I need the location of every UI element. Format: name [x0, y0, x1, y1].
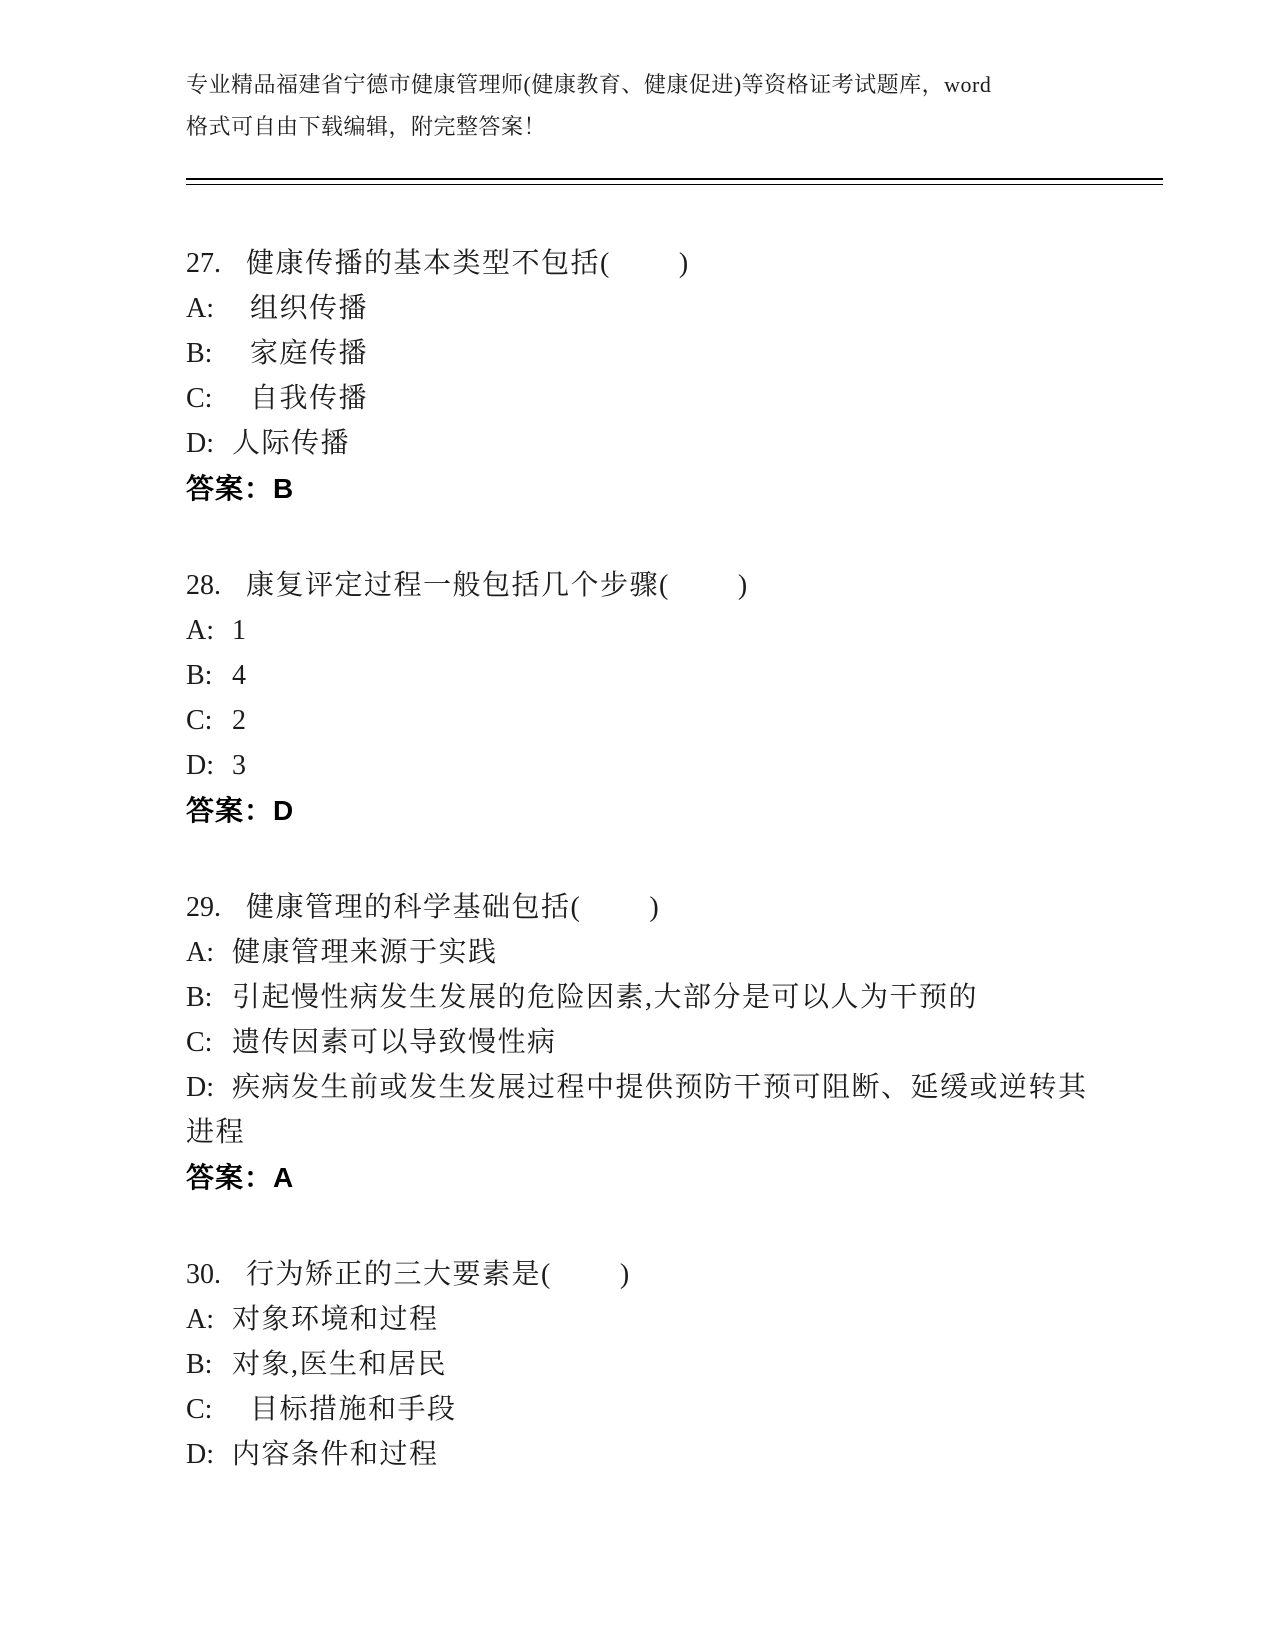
- option-text: 2: [232, 705, 248, 736]
- option-label: D:: [186, 743, 232, 788]
- option-text: 4: [232, 660, 248, 691]
- answer-line: 答案：D: [186, 788, 1163, 833]
- answer-value: A: [273, 1162, 294, 1193]
- question-stem: 健康传播的基本类型不包括( ): [246, 248, 690, 279]
- option-text: 3: [232, 750, 248, 781]
- answer-prefix: 答案：: [186, 473, 273, 504]
- question-27: 27.健康传播的基本类型不包括( ) A:组织传播 B:家庭传播 C:自我传播 …: [186, 241, 1163, 511]
- question-stem: 康复评定过程一般包括几个步骤( ): [246, 570, 749, 601]
- option-d: D:3: [186, 743, 1163, 788]
- document-header: 专业精品福建省宁德市健康管理师(健康教育、健康促进)等资格证考试题库，word …: [186, 64, 1163, 148]
- question-line: 30.行为矫正的三大要素是( ): [186, 1252, 1163, 1297]
- option-label: B:: [186, 975, 232, 1020]
- option-a: A:组织传播: [186, 286, 1163, 331]
- answer-line: 答案：B: [186, 466, 1163, 511]
- question-number: 29.: [186, 885, 246, 930]
- option-label: D:: [186, 421, 232, 466]
- option-text: 自我传播: [250, 383, 368, 414]
- option-c: C:2: [186, 698, 1163, 743]
- option-label: A:: [186, 1297, 232, 1342]
- option-label: B:: [186, 653, 232, 698]
- question-30: 30.行为矫正的三大要素是( ) A:对象环境和过程 B:对象,医生和居民 C:…: [186, 1252, 1163, 1477]
- question-line: 27.健康传播的基本类型不包括( ): [186, 241, 1163, 286]
- question-29: 29.健康管理的科学基础包括( ) A:健康管理来源于实践 B:引起慢性病发生发…: [186, 885, 1163, 1200]
- answer-value: B: [273, 473, 294, 504]
- option-b: B:家庭传播: [186, 331, 1163, 376]
- question-number: 30.: [186, 1252, 246, 1297]
- option-label: A:: [186, 608, 232, 653]
- question-stem: 行为矫正的三大要素是( ): [246, 1259, 631, 1290]
- answer-prefix: 答案：: [186, 1162, 273, 1193]
- option-text: 健康管理来源于实践: [232, 937, 498, 968]
- answer-prefix: 答案：: [186, 795, 273, 826]
- option-text: 对象,医生和居民: [232, 1349, 447, 1380]
- option-d: D:内容条件和过程: [186, 1432, 1163, 1477]
- option-label: A:: [186, 930, 232, 975]
- header-divider: [186, 178, 1163, 185]
- option-c: C:自我传播: [186, 376, 1163, 421]
- option-text: 遗传因素可以导致慢性病: [232, 1027, 557, 1058]
- option-label: C:: [186, 376, 232, 421]
- answer-line: 答案：A: [186, 1155, 1163, 1200]
- question-line: 29.健康管理的科学基础包括( ): [186, 885, 1163, 930]
- option-text: 家庭传播: [250, 338, 368, 369]
- option-label: C:: [186, 1387, 232, 1432]
- option-b: B:4: [186, 653, 1163, 698]
- option-c: C:遗传因素可以导致慢性病: [186, 1020, 1163, 1065]
- option-d: D:疾病发生前或发生发展过程中提供预防干预可阻断、延缓或逆转其 进程: [186, 1065, 1163, 1155]
- option-label: C:: [186, 1020, 232, 1065]
- option-label: D:: [186, 1065, 232, 1110]
- option-a: A:健康管理来源于实践: [186, 930, 1163, 975]
- question-number: 28.: [186, 563, 246, 608]
- option-c: C:目标措施和手段: [186, 1387, 1163, 1432]
- answer-value: D: [273, 795, 294, 826]
- question-28: 28.康复评定过程一般包括几个步骤( ) A:1 B:4 C:2 D:3 答案：…: [186, 563, 1163, 833]
- document-page: 专业精品福建省宁德市健康管理师(健康教育、健康促进)等资格证考试题库，word …: [0, 0, 1275, 1650]
- question-number: 27.: [186, 241, 246, 286]
- option-text: 疾病发生前或发生发展过程中提供预防干预可阻断、延缓或逆转其 进程: [186, 1072, 1088, 1148]
- option-label: B:: [186, 331, 232, 376]
- option-a: A:对象环境和过程: [186, 1297, 1163, 1342]
- question-line: 28.康复评定过程一般包括几个步骤( ): [186, 563, 1163, 608]
- option-b: B:引起慢性病发生发展的危险因素,大部分是可以人为干预的: [186, 975, 1163, 1020]
- option-a: A:1: [186, 608, 1163, 653]
- option-text: 1: [232, 615, 248, 646]
- question-stem: 健康管理的科学基础包括( ): [246, 892, 660, 923]
- option-label: C:: [186, 698, 232, 743]
- option-text: 人际传播: [232, 428, 350, 459]
- option-label: A:: [186, 286, 232, 331]
- option-text: 组织传播: [250, 293, 368, 324]
- option-text: 内容条件和过程: [232, 1439, 439, 1470]
- option-b: B:对象,医生和居民: [186, 1342, 1163, 1387]
- option-label: B:: [186, 1342, 232, 1387]
- option-d: D:人际传播: [186, 421, 1163, 466]
- option-text: 对象环境和过程: [232, 1304, 439, 1335]
- option-label: D:: [186, 1432, 232, 1477]
- option-text: 目标措施和手段: [250, 1394, 457, 1425]
- option-text: 引起慢性病发生发展的危险因素,大部分是可以人为干预的: [232, 982, 978, 1013]
